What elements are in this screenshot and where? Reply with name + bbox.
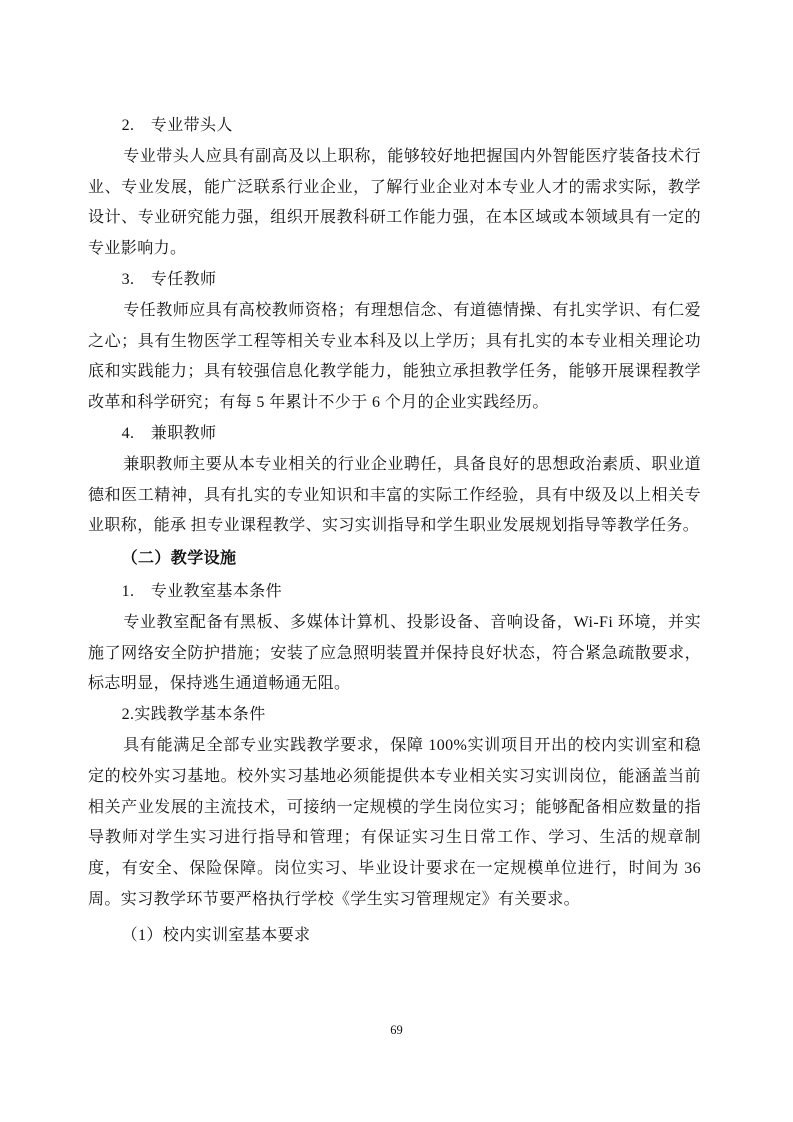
heading-professional-leader: 2. 专业带头人 — [88, 111, 701, 142]
page-content: 2. 专业带头人 专业带头人应具有副高及以上职称，能够较好地把握国内外智能医疗装… — [88, 111, 701, 952]
page-number: 69 — [390, 1023, 403, 1037]
heading-practical-teaching-conditions: 2.实践教学基本条件 — [88, 700, 701, 731]
para-fulltime-teachers: 专任教师应具有高校教师资格；有理想信念、有道德情操、有扎实学识、有仁爱之心；具有… — [88, 296, 701, 419]
para-classroom-basic-conditions: 专业教室配备有黑板、多媒体计算机、投影设备、音响设备，Wi-Fi 环境，并实施了… — [88, 608, 701, 700]
heading-parttime-teachers: 4. 兼职教师 — [88, 419, 701, 450]
heading-teaching-facilities: （二）教学设施 — [88, 544, 701, 575]
heading-fulltime-teachers: 3. 专任教师 — [88, 265, 701, 296]
para-practical-teaching-conditions: 具有能满足全部专业实践教学要求，保障 100%实训项目开出的校内实训室和稳定的校… — [88, 731, 701, 916]
heading-campus-training-room-requirements: （1）校内实训室基本要求 — [88, 921, 701, 952]
document-page: 2. 专业带头人 专业带头人应具有副高及以上职称，能够较好地把握国内外智能医疗装… — [0, 0, 793, 1122]
para-professional-leader: 专业带头人应具有副高及以上职称，能够较好地把握国内外智能医疗装备技术行业、专业发… — [88, 142, 701, 265]
heading-classroom-basic-conditions: 1. 专业教室基本条件 — [88, 577, 701, 608]
page-footer: 69 — [0, 1021, 793, 1039]
para-parttime-teachers: 兼职教师主要从本专业相关的行业企业聘任，具备良好的思想政治素质、职业道德和医工精… — [88, 450, 701, 542]
